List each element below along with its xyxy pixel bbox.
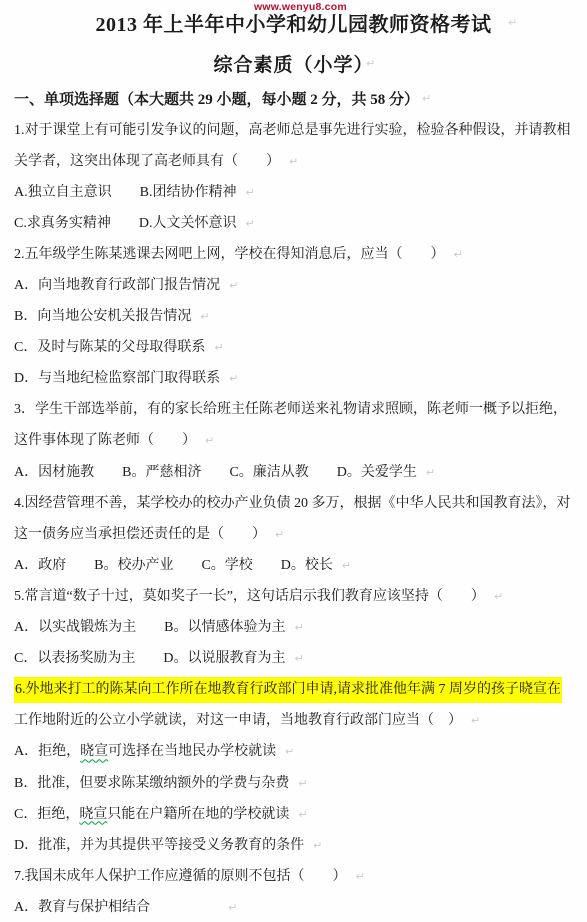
- q6-option-c: C．拒绝，晓宣只能在户籍所在地的学校就读↵: [14, 799, 576, 830]
- paragraph-mark-icon: ↵: [298, 774, 307, 794]
- text-segment: 关学者，这突出体现了高老师具有（ ）: [14, 154, 280, 169]
- line-text: A．政府 B。校办产业 C。学校 D。校长: [14, 556, 333, 576]
- paragraph-mark-icon: ↵: [285, 742, 294, 762]
- line-text: 5.常言道“数子十过，莫如奖子一长”，这句话启示我们教育应该坚持（ ）: [14, 587, 485, 607]
- line-text: 1.对于课堂上有可能引发争议的问题，高老师总是事先进行实验，检验各种假设，并请教…: [14, 121, 571, 141]
- paragraph-mark-icon: ↵: [356, 867, 365, 887]
- question-lines: 1.对于课堂上有可能引发争议的问题，高老师总是事先进行实验，检验各种假设，并请教…: [14, 115, 576, 922]
- paragraph-mark-icon: ↵: [342, 556, 351, 576]
- paragraph-mark-icon: ↵: [471, 711, 480, 731]
- line-text: C．拒绝，晓宣只能在户籍所在地的学校就读: [14, 805, 289, 825]
- line-text: A．以实战锻炼为主 B。以情感体验为主: [14, 618, 285, 638]
- q1-stem-line-1: 1.对于课堂上有可能引发争议的问题，高老师总是事先进行实验，检验各种假设，并请教…: [14, 115, 576, 146]
- text-segment: A．因材施教 B。严慈相济 C。廉洁从教 D。关爱学生: [14, 465, 417, 480]
- q4-options: A．政府 B。校办产业 C。学校 D。校长↵: [14, 550, 576, 581]
- text-segment: 3．学生干部选举前，有的家长给班主任陈老师送来礼物请求照顾，陈老师一概予以拒绝，: [14, 402, 567, 417]
- line-text: 3．学生干部选举前，有的家长给班主任陈老师送来礼物请求照顾，陈老师一概予以拒绝，: [14, 400, 567, 420]
- paragraph-mark-icon: ↵: [228, 898, 237, 918]
- line-text: 关学者，这突出体现了高老师具有（ ）: [14, 152, 280, 172]
- line-text: 工作地附近的公立小学就读，对这一申请，当地教育行政部门应当（ ）: [14, 711, 462, 731]
- paragraph-mark-icon: ↵: [200, 307, 209, 327]
- line-text: 7.我国未成年人保护工作应遵循的原则不包括（ ）: [14, 867, 347, 887]
- line-text: B．批准，但要求陈某缴纳额外的学费与杂费: [14, 774, 289, 794]
- text-segment: 工作地附近的公立小学就读，对这一申请，当地教育行政部门应当（ ）: [14, 713, 462, 728]
- text-segment: D．批准，并为其提供平等接受义务教育的条件: [14, 838, 304, 853]
- paragraph-mark-icon: ↵: [298, 805, 307, 825]
- q1-stem-line-2: 关学者，这突出体现了高老师具有（ ）↵: [14, 146, 576, 177]
- site-watermark: www.wenyu8.com: [254, 1, 347, 13]
- line-text: A．拒绝，晓宣可选择在当地民办学校就读: [14, 742, 276, 762]
- paragraph-mark-icon: ↵: [205, 431, 214, 451]
- text-segment: 7.我国未成年人保护工作应遵循的原则不包括（ ）: [14, 869, 347, 884]
- paragraph-mark-icon: ↵: [313, 836, 322, 856]
- paragraph-mark-icon: ↵: [294, 649, 303, 669]
- paragraph-mark-icon: ↵: [229, 369, 238, 389]
- line-text: C．以表扬奖励为主 D。以说服教育为主: [14, 649, 285, 669]
- line-text: A.独立自主意识 B.团结协作精神: [14, 183, 236, 203]
- text-segment: 1.对于课堂上有可能引发争议的问题，高老师总是事先进行实验，检验各种假设，并请教…: [14, 123, 571, 138]
- text-segment: D．与当地纪检监察部门取得联系: [14, 371, 220, 386]
- spellcheck-squiggle-text: 晓宣: [79, 807, 107, 822]
- text-segment: C．拒绝，: [14, 807, 79, 822]
- line-text: D．与当地纪检监察部门取得联系: [14, 369, 220, 389]
- line-text: C．及时与陈某的父母取得联系: [14, 338, 205, 358]
- q3-options: A．因材施教 B。严慈相济 C。廉洁从教 D。关爱学生↵: [14, 457, 576, 488]
- text-segment: A．政府 B。校办产业 C。学校 D。校长: [14, 558, 333, 573]
- line-text: 4.因经营管理不善，某学校办的校办产业负债 20 多万，根据《中华人民共和国教育…: [14, 494, 571, 514]
- text-segment: C．以表扬奖励为主 D。以说服教育为主: [14, 651, 285, 666]
- paragraph-mark-icon: ↵: [454, 245, 463, 265]
- q2-option-a: A．向当地教育行政部门报告情况↵: [14, 270, 576, 301]
- text-segment: A．以实战锻炼为主 B。以情感体验为主: [14, 620, 285, 635]
- line-text: 这一债务应当承担偿还责任的是（ ）: [14, 525, 266, 545]
- q6-stem-line-1: 6.外地来打工的陈某向工作所在地教育行政部门申请,请求批准他年满 7 周岁的孩子…: [14, 675, 576, 706]
- line-text: B．向当地公安机关报告情况: [14, 307, 191, 327]
- q7-option-a: A．教育与保护相结合↵: [14, 892, 576, 922]
- paragraph-mark-icon: ↵: [214, 338, 223, 358]
- q4-stem-line-2: 这一债务应当承担偿还责任的是（ ）↵: [14, 519, 576, 550]
- line-text: A．向当地教育行政部门报告情况: [14, 276, 220, 296]
- line-text: D．批准，并为其提供平等接受义务教育的条件: [14, 836, 304, 856]
- paragraph-mark-icon: ↵: [426, 463, 435, 483]
- q5-options-cd: C．以表扬奖励为主 D。以说服教育为主↵: [14, 644, 576, 675]
- q6-option-a: A．拒绝，晓宣可选择在当地民办学校就读↵: [14, 737, 576, 768]
- q2-option-c: C．及时与陈某的父母取得联系↵: [14, 333, 576, 364]
- text-segment: 4.因经营管理不善，某学校办的校办产业负债 20 多万，根据《中华人民共和国教育…: [14, 496, 571, 511]
- text-segment: 5.常言道“数子十过，莫如奖子一长”，这句话启示我们教育应该坚持（ ）: [14, 589, 485, 604]
- text-segment: 这件事体现了陈老师（ ）: [14, 433, 196, 448]
- q5-options-ab: A．以实战锻炼为主 B。以情感体验为主↵: [14, 613, 576, 644]
- section-heading: 一、单项选择题（本大题共 29 小题，每小题 2 分，共 58 分）: [14, 88, 419, 109]
- q4-stem-line-1: 4.因经营管理不善，某学校办的校办产业负债 20 多万，根据《中华人民共和国教育…: [14, 488, 576, 519]
- line-text: 这件事体现了陈老师（ ）: [14, 431, 196, 451]
- exam-document-page: www.wenyu8.com 2013 年上半年中小学和幼儿园教师资格考试 ↵ …: [0, 0, 587, 922]
- text-segment: A.独立自主意识 B.团结协作精神: [14, 185, 236, 200]
- paragraph-mark-icon: ↵: [422, 92, 431, 105]
- text-segment: C.求真务实精神 D.人文关怀意识: [14, 216, 236, 231]
- paragraph-mark-icon: ↵: [245, 183, 254, 203]
- text-segment: B．批准，但要求陈某缴纳额外的学费与杂费: [14, 776, 289, 791]
- text-segment: 只能在户籍所在地的学校就读: [107, 807, 289, 822]
- highlighted-text: 6.外地来打工的陈某向工作所在地教育行政部门申请,请求批准他年满 7 周岁的孩子…: [14, 677, 562, 703]
- line-text: 2.五年级学生陈某逃课去网吧上网，学校在得知消息后，应当（ ）: [14, 245, 445, 265]
- text-segment: 6.外地来打工的陈某向工作所在地教育行政部门申请,请求批准他年满 7 周岁的孩子…: [15, 682, 561, 697]
- spellcheck-squiggle-text: 晓宣: [80, 744, 108, 759]
- paragraph-mark-icon: ↵: [289, 152, 298, 172]
- line-text: A．教育与保护相结合: [14, 898, 150, 918]
- text-segment: 可选择在当地民办学校就读: [108, 744, 276, 759]
- q6-stem-line-2: 工作地附近的公立小学就读，对这一申请，当地教育行政部门应当（ ）↵: [14, 706, 576, 737]
- q6-option-d: D．批准，并为其提供平等接受义务教育的条件↵: [14, 830, 576, 861]
- q6-option-b: B．批准，但要求陈某缴纳额外的学费与杂费↵: [14, 768, 576, 799]
- q7-stem: 7.我国未成年人保护工作应遵循的原则不包括（ ）↵: [14, 861, 576, 892]
- paragraph-mark-icon: ↵: [229, 276, 238, 296]
- paragraph-mark-icon: ↵: [294, 618, 303, 638]
- q2-stem: 2.五年级学生陈某逃课去网吧上网，学校在得知消息后，应当（ ）↵: [14, 239, 576, 270]
- q3-stem-line-1: 3．学生干部选举前，有的家长给班主任陈老师送来礼物请求照顾，陈老师一概予以拒绝，: [14, 395, 576, 426]
- text-segment: A．教育与保护相结合: [14, 900, 150, 915]
- line-text: A．因材施教 B。严慈相济 C。廉洁从教 D。关爱学生: [14, 463, 417, 483]
- paragraph-mark-icon: ↵: [366, 57, 375, 70]
- text-segment: A．向当地教育行政部门报告情况: [14, 278, 220, 293]
- text-segment: 2.五年级学生陈某逃课去网吧上网，学校在得知消息后，应当（ ）: [14, 247, 445, 262]
- text-segment: A．拒绝，: [14, 744, 80, 759]
- q1-options-cd: C.求真务实精神 D.人文关怀意识↵: [14, 208, 576, 239]
- paragraph-mark-icon: ↵: [494, 587, 503, 607]
- q1-options-ab: A.独立自主意识 B.团结协作精神↵: [14, 177, 576, 208]
- q2-option-d: D．与当地纪检监察部门取得联系↵: [14, 364, 576, 395]
- text-segment: B．向当地公安机关报告情况: [14, 309, 191, 324]
- paragraph-mark-icon: ↵: [245, 214, 254, 234]
- paragraph-mark-icon: ↵: [275, 525, 284, 545]
- text-segment: 这一债务应当承担偿还责任的是（ ）: [14, 527, 266, 542]
- q5-stem: 5.常言道“数子十过，莫如奖子一长”，这句话启示我们教育应该坚持（ ）↵: [14, 581, 576, 612]
- exam-subtitle: 综合素质（小学）: [0, 50, 587, 77]
- q2-option-b: B．向当地公安机关报告情况↵: [14, 302, 576, 333]
- text-segment: C．及时与陈某的父母取得联系: [14, 340, 205, 355]
- line-text: C.求真务实精神 D.人文关怀意识: [14, 214, 236, 234]
- q3-stem-line-2: 这件事体现了陈老师（ ）↵: [14, 426, 576, 457]
